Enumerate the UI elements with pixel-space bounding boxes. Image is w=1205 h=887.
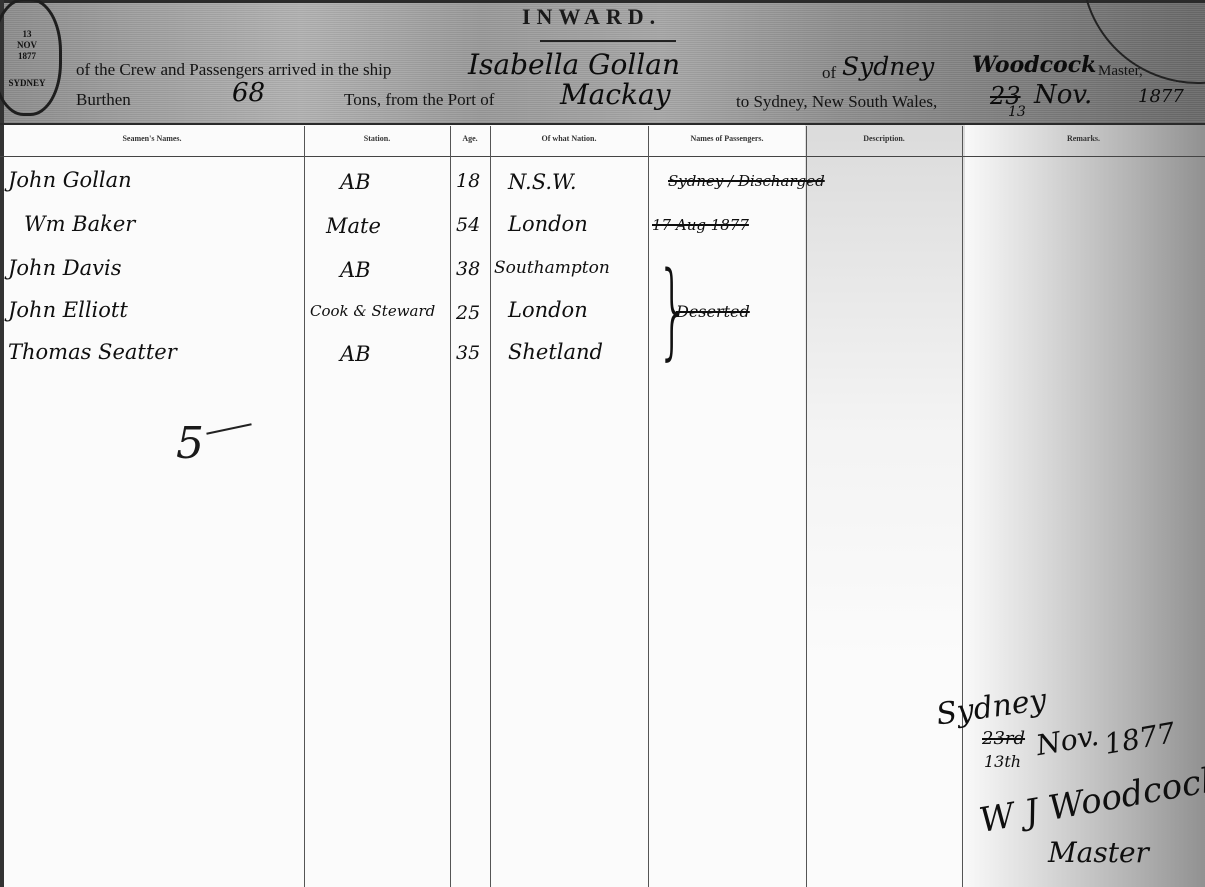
destination-label: to Sydney, New South Wales, xyxy=(736,92,937,112)
paper-shading xyxy=(805,124,965,887)
column-divider xyxy=(490,126,491,887)
crew-name: Wm Baker xyxy=(24,212,135,236)
column-header-passengers: Names of Passengers. xyxy=(648,134,806,143)
stamp-month: NOV xyxy=(0,40,59,51)
crew-name: John Davis xyxy=(8,256,122,280)
stamp-day: 13 xyxy=(0,29,59,40)
date-day: 13 xyxy=(1008,104,1026,120)
column-header-seamen-names: Seamen's Names. xyxy=(0,134,304,143)
crew-name: John Elliott xyxy=(8,298,128,322)
crew-name: Thomas Seatter xyxy=(8,340,177,364)
crew-age: 25 xyxy=(456,302,480,324)
burthen-value: 68 xyxy=(232,78,265,108)
crew-name: John Gollan xyxy=(8,168,132,192)
column-divider xyxy=(648,126,649,887)
crew-nation: Southampton xyxy=(494,258,610,278)
crew-station: Mate xyxy=(326,214,381,238)
burthen-label: Burthen xyxy=(76,90,131,110)
top-border xyxy=(0,0,1205,3)
date-year: 1877 xyxy=(1138,86,1184,107)
passenger-note: 17 Aug 1877 xyxy=(652,216,749,234)
customs-date-stamp: 13 NOV 1877 SYDNEY xyxy=(0,0,62,116)
signature-date-day: 13th xyxy=(984,752,1021,771)
crew-nation: N.S.W. xyxy=(508,170,577,194)
stamp-year: 1877 xyxy=(0,51,59,62)
master-label: Master, xyxy=(1098,63,1143,80)
crew-nation: London xyxy=(508,298,588,322)
column-divider xyxy=(962,126,963,887)
passenger-note: Sydney / Discharged xyxy=(668,172,825,190)
crew-nation: London xyxy=(508,212,588,236)
crew-nation: Shetland xyxy=(508,340,603,364)
column-divider xyxy=(304,126,305,887)
ship-name: Isabella Gollan xyxy=(468,48,680,81)
document-title: INWARD. xyxy=(522,4,661,30)
column-divider xyxy=(806,126,807,887)
from-port: Mackay xyxy=(560,78,671,111)
tons-from-port-label: Tons, from the Port of xyxy=(344,90,494,110)
crew-list-page: 13 NOV 1877 SYDNEY INWARD. of the Crew a… xyxy=(0,0,1205,887)
title-underline xyxy=(540,40,676,42)
crew-station: AB xyxy=(340,170,371,194)
stamp-place: SYDNEY xyxy=(0,78,59,89)
header-text-line1: of the Crew and Passengers arrived in th… xyxy=(76,60,391,80)
signature-title: Master xyxy=(1048,836,1149,869)
column-header-age: Age. xyxy=(450,134,490,143)
crew-station: AB xyxy=(340,342,371,366)
column-header-remarks: Remarks. xyxy=(962,134,1205,143)
crew-station: Cook & Steward xyxy=(310,302,435,320)
grouping-brace: } xyxy=(657,258,690,362)
column-header-rule xyxy=(0,156,1205,157)
crew-station: AB xyxy=(340,258,371,282)
port-of-registry: Sydney xyxy=(842,52,934,81)
crew-age: 54 xyxy=(456,214,480,236)
of-label: of xyxy=(822,63,836,83)
signature-date-struck: 23rd xyxy=(982,728,1025,749)
column-divider xyxy=(450,126,451,887)
column-header-description: Description. xyxy=(806,134,962,143)
master-name: Woodcock xyxy=(972,52,1096,78)
crew-age: 35 xyxy=(456,342,480,364)
crew-age: 18 xyxy=(456,170,480,192)
crew-tally: 5 xyxy=(176,418,204,469)
tally-stroke xyxy=(206,423,251,435)
date-month: Nov. xyxy=(1034,80,1092,110)
header-bottom-rule xyxy=(0,123,1205,125)
column-header-nation: Of what Nation. xyxy=(490,134,648,143)
crew-age: 38 xyxy=(456,258,480,280)
column-header-station: Station. xyxy=(304,134,450,143)
